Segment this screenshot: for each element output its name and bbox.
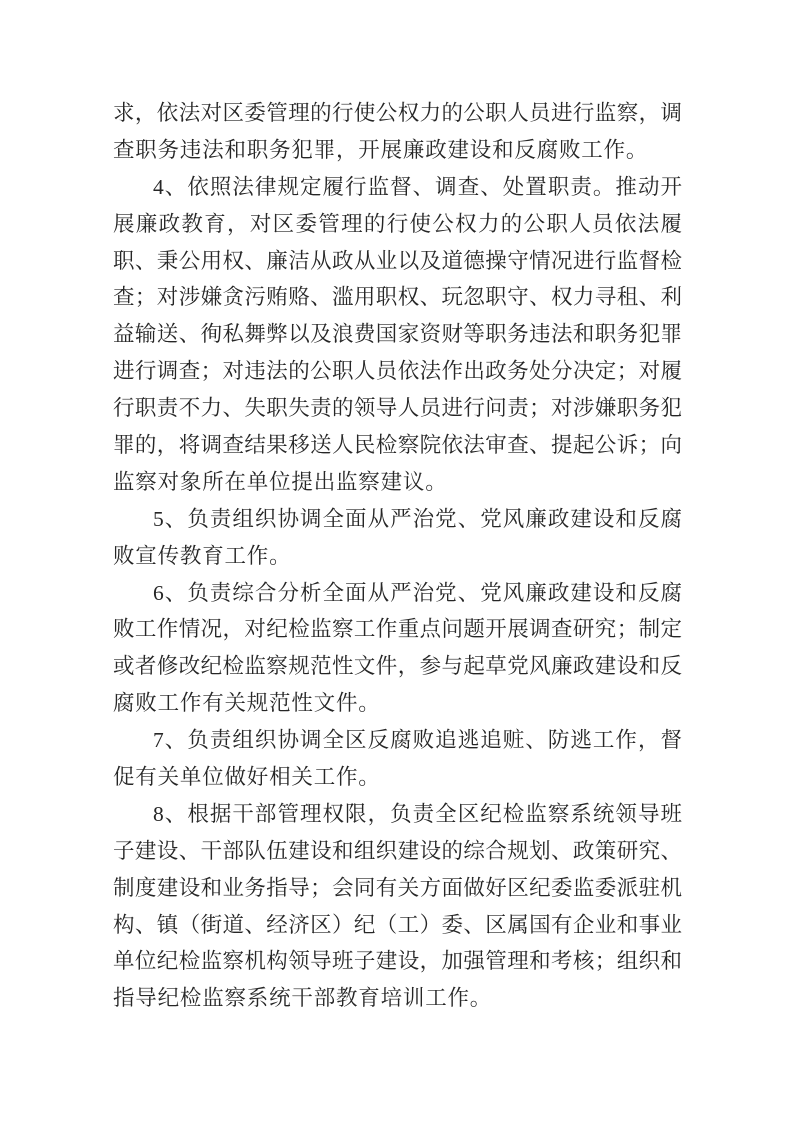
text-line: 罪的，将调查结果移送人民检察院依法审查、提起公诉；向 [113,427,682,464]
text-line-item-6-start: 6、负责综合分析全面从严治党、党风廉政建设和反腐 [113,575,682,612]
text-line-item-4-start: 4、依照法律规定履行监督、调查、处置职责。推动开 [113,169,682,206]
text-line: 或者修改纪检监察规范性文件，参与起草党风廉政建设和反 [113,648,682,685]
document-page: 求，依法对区委管理的行使公权力的公职人员进行监察，调 查职务违法和职务犯罪，开展… [0,0,794,1123]
text-line: 败宣传教育工作。 [113,538,682,575]
text-line: 进行调查；对违法的公职人员依法作出政务处分决定；对履 [113,353,682,390]
text-line-item-5-start: 5、负责组织协调全面从严治党、党风廉政建设和反腐 [113,501,682,538]
text-line: 子建设、干部队伍建设和组织建设的综合规划、政策研究、 [113,833,682,870]
text-line: 行职责不力、失职失责的领导人员进行问责；对涉嫌职务犯 [113,390,682,427]
text-line: 查；对涉嫌贪污贿赂、滥用职权、玩忽职守、权力寻租、利 [113,279,682,316]
text-line: 构、镇（街道、经济区）纪（工）委、区属国有企业和事业 [113,907,682,944]
text-line-item-8-start: 8、根据干部管理权限，负责全区纪检监察系统领导班 [113,796,682,833]
text-line: 职、秉公用权、廉洁从政从业以及道德操守情况进行监督检 [113,243,682,280]
text-line: 指导纪检监察系统干部教育培训工作。 [113,980,682,1017]
text-line: 败工作情况，对纪检监察工作重点问题开展调查研究；制定 [113,611,682,648]
text-line: 腐败工作有关规范性文件。 [113,685,682,722]
text-line: 制度建设和业务指导；会同有关方面做好区纪委监委派驻机 [113,870,682,907]
text-line: 监察对象所在单位提出监察建议。 [113,464,682,501]
text-line: 单位纪检监察机构领导班子建设，加强管理和考核；组织和 [113,943,682,980]
text-line-item-7-start: 7、负责组织协调全区反腐败追逃追赃、防逃工作，督 [113,722,682,759]
text-line: 益输送、徇私舞弊以及浪费国家资财等职务违法和职务犯罪 [113,316,682,353]
text-line: 查职务违法和职务犯罪，开展廉政建设和反腐败工作。 [113,132,682,169]
text-line: 促有关单位做好相关工作。 [113,759,682,796]
text-line: 求，依法对区委管理的行使公权力的公职人员进行监察，调 [113,95,682,132]
text-line: 展廉政教育，对区委管理的行使公权力的公职人员依法履 [113,206,682,243]
document-text-block: 求，依法对区委管理的行使公权力的公职人员进行监察，调 查职务违法和职务犯罪，开展… [113,95,682,1017]
